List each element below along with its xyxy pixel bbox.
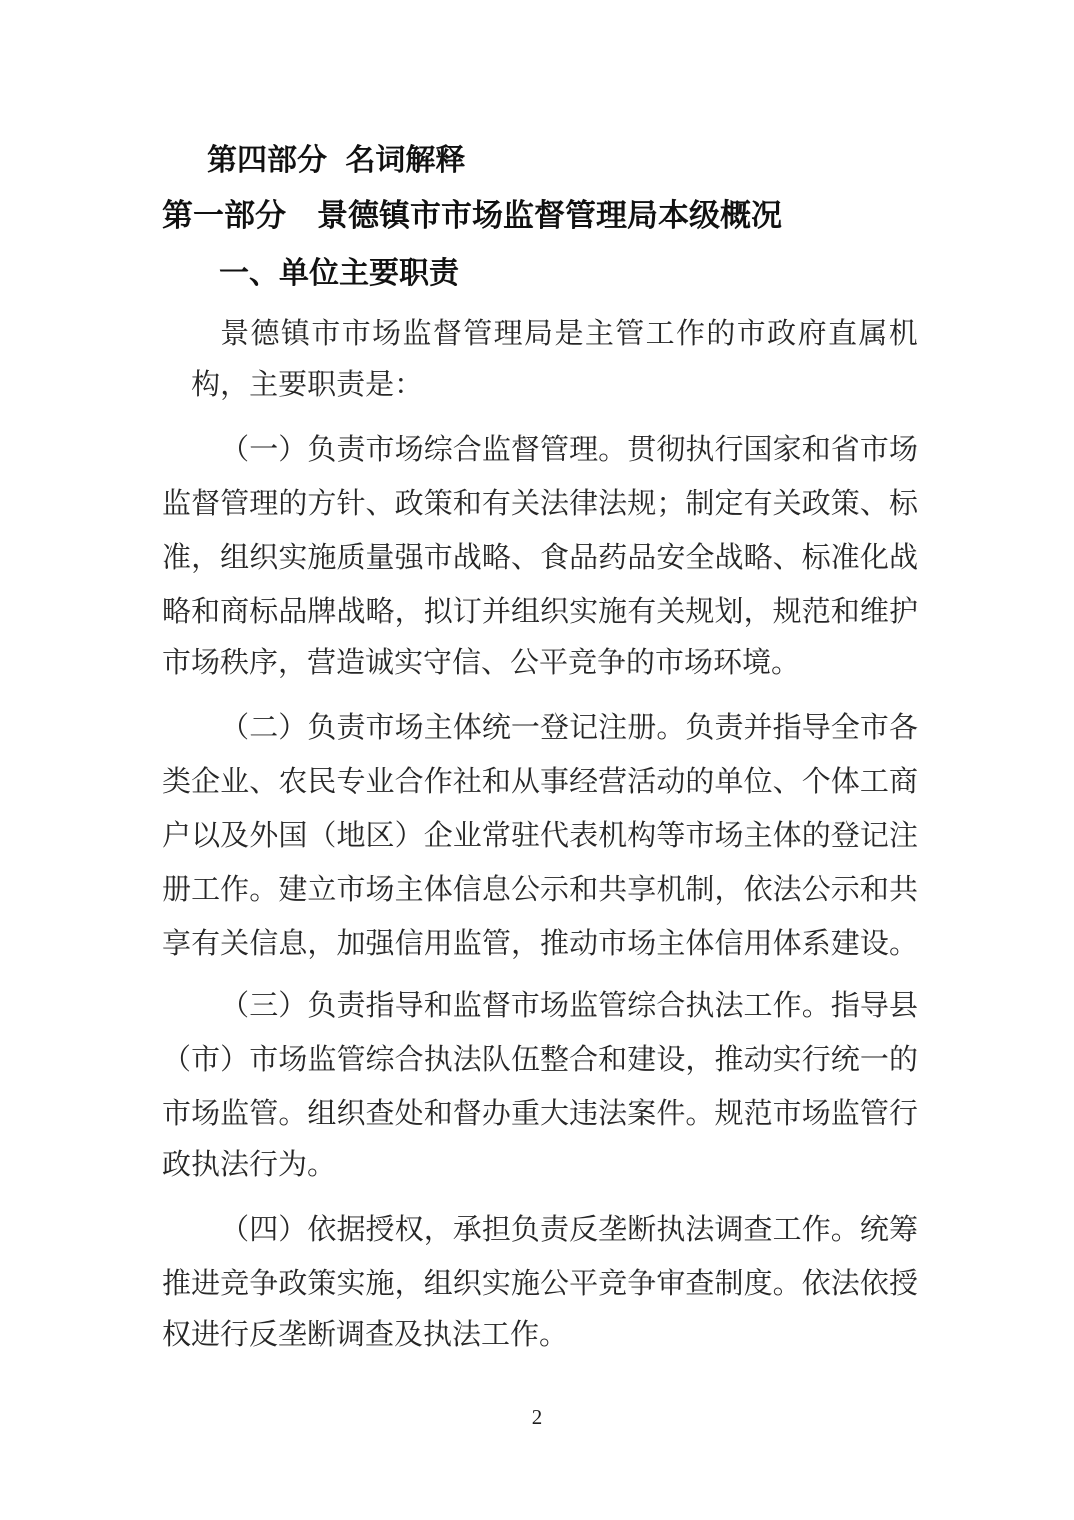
text-line: 市场秩序，营造诚实守信、公平竞争的市场环境。 [162,636,918,690]
document-page: 第四部分 名词解释 第一部分 景德镇市市场监督管理局本级概况 一、单位主要职责 … [0,0,1074,1520]
paragraph-duty-3: （三）负责指导和监督市场监管综合执法工作。指导县（市）市场监管综合执法队伍整合和… [162,976,918,1192]
text-line: （二）负责市场主体统一登记注册。负责并指导全市各 [162,698,918,752]
text-line: 推进竞争政策实施，组织实施公平竞争审查制度。依法依授 [162,1254,918,1308]
heading-part4: 第四部分 名词解释 [162,143,918,179]
body-text: 景德镇市市场监督管理局是主管工作的市政府直属机构，主要职责是：（一）负责市场综合… [162,304,918,1362]
text-line: 监督管理的方针、政策和有关法律法规；制定有关政策、标 [162,474,918,528]
text-line: 准，组织实施质量强市战略、食品药品安全战略、标准化战 [162,528,918,582]
text-line: 享有关信息，加强信用监管，推动市场主体信用体系建设。 [162,914,918,968]
text-line: （一）负责市场综合监督管理。贯彻执行国家和省市场 [162,420,918,474]
text-line: 市场监管。组织查处和督办重大违法案件。规范市场监管行 [162,1084,918,1138]
text-line: 略和商标品牌战略，拟订并组织实施有关规划，规范和维护 [162,582,918,636]
paragraph-intro: 景德镇市市场监督管理局是主管工作的市政府直属机构，主要职责是： [162,304,918,412]
text-line: （四）依据授权，承担负责反垄断执法调查工作。统筹 [162,1200,918,1254]
text-line: 户以及外国（地区）企业常驻代表机构等市场主体的登记注 [162,806,918,860]
paragraph-duty-1: （一）负责市场综合监督管理。贯彻执行国家和省市场监督管理的方针、政策和有关法律法… [162,420,918,690]
heading-section-duties: 一、单位主要职责 [162,256,918,292]
text-line: 景德镇市市场监督管理局是主管工作的市政府直属机 [162,304,918,358]
document-content: 第四部分 名词解释 第一部分 景德镇市市场监督管理局本级概况 一、单位主要职责 … [162,0,918,1362]
paragraph-duty-2: （二）负责市场主体统一登记注册。负责并指导全市各类企业、农民专业合作社和从事经营… [162,698,918,968]
text-line: （市）市场监管综合执法队伍整合和建设，推动实行统一的 [162,1030,918,1084]
text-line: 类企业、农民专业合作社和从事经营活动的单位、个体工商 [162,752,918,806]
text-line: 政执法行为。 [162,1138,918,1192]
page-number: 2 [0,1404,1074,1430]
heading-part1: 第一部分 景德镇市市场监督管理局本级概况 [162,196,918,236]
text-line: 权进行反垄断调查及执法工作。 [162,1308,918,1362]
text-line: 册工作。建立市场主体信息公示和共享机制，依法公示和共 [162,860,918,914]
text-line: 构，主要职责是： [162,358,918,412]
paragraph-duty-4: （四）依据授权，承担负责反垄断执法调查工作。统筹推进竞争政策实施，组织实施公平竞… [162,1200,918,1362]
text-line: （三）负责指导和监督市场监管综合执法工作。指导县 [162,976,918,1030]
